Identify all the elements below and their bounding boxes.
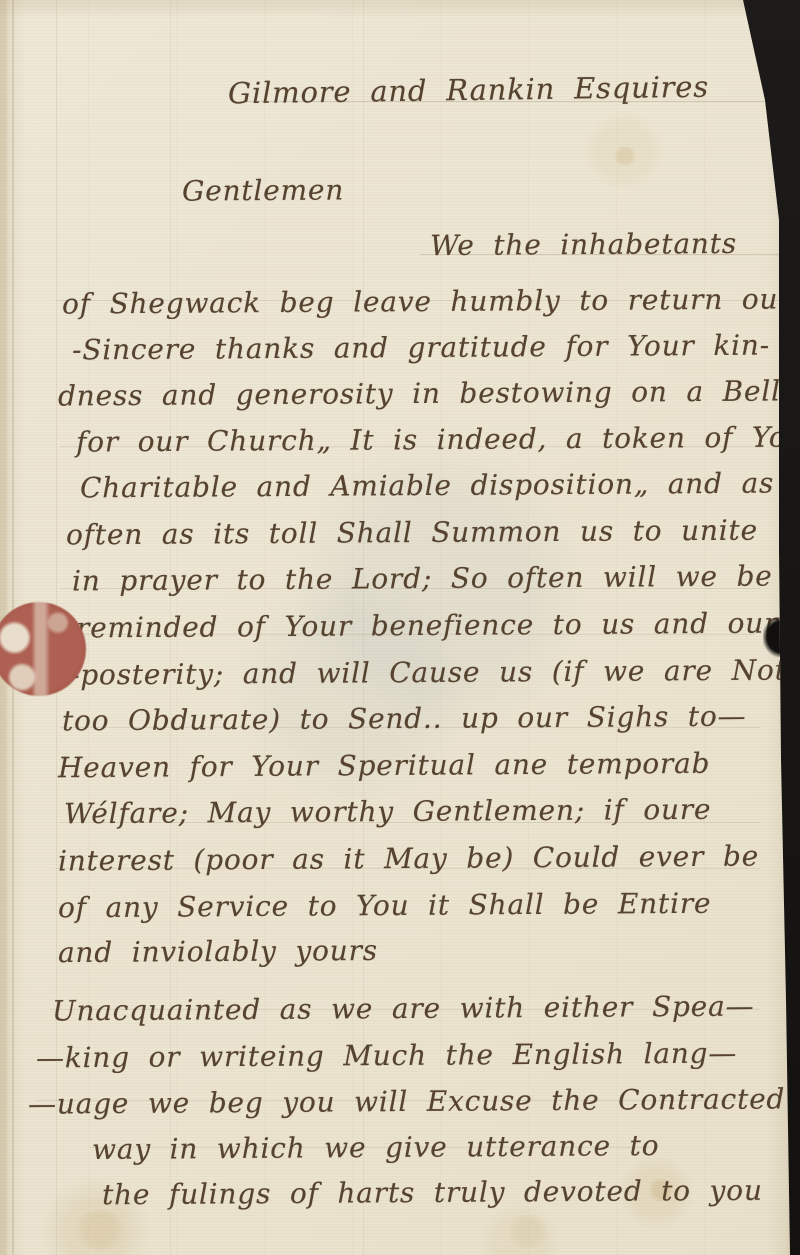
letter-line: for our Church„ It is indeed, a token of… [76,421,800,458]
ink-blot [763,617,789,657]
letter-line: Unacquainted as we are with either Spea— [52,991,755,1028]
letter-line: Charitable and Amiable disposition„ and … [80,468,774,505]
letter-line: of any Service to You it Shall be Entire [58,888,712,925]
letter-line: -posterity; and will Cause us (if we are… [70,654,787,691]
scanned-letter-page: Gilmore and Rankin Esquires Gentlemen We… [0,0,800,1255]
letter-line: and inviolably yours [58,935,378,969]
letter-line: -Sincere thanks and gratitude for Your k… [72,330,770,367]
letter-line: —uage we beg you will Excuse the Contrac… [28,1083,785,1120]
letter-line: Heaven for Your Speritual ane temporab [58,748,711,785]
letter-line: too Obdurate) to Send.. up our Sighs to— [62,701,747,738]
paper-stain [70,1210,130,1250]
letter-salutation: Gentlemen [182,174,344,207]
letter-line: We the inhabetants [430,228,737,262]
letter-addressee: Gilmore and Rankin Esquires [228,71,709,110]
letter-paper: Gilmore and Rankin Esquires Gentlemen We… [0,0,800,1255]
letter-line: often as its toll Shall Summon us to uni… [66,515,758,552]
letter-line: way in which we give utterance to [92,1130,660,1166]
letter-line: in prayer to the Lord; So often will we … [72,561,773,598]
letter-line: Wélfare; May worthy Gentlemen; if oure [64,794,712,831]
letter-line: of Shegwack beg leave humbly to return o… [62,283,793,320]
letter-line: dness and generosity in bestowing on a B… [58,375,781,412]
paper-stain [612,146,638,166]
letter-line: reminded of Your benefience to us and ou… [76,608,778,645]
letter-line: the fulings of harts truly devoted to yo… [102,1175,763,1212]
letter-line: interest (poor as it May be) Could ever … [58,841,759,878]
letter-line: —king or writeing Much the English lang— [36,1038,737,1075]
paper-stain [505,1215,551,1249]
